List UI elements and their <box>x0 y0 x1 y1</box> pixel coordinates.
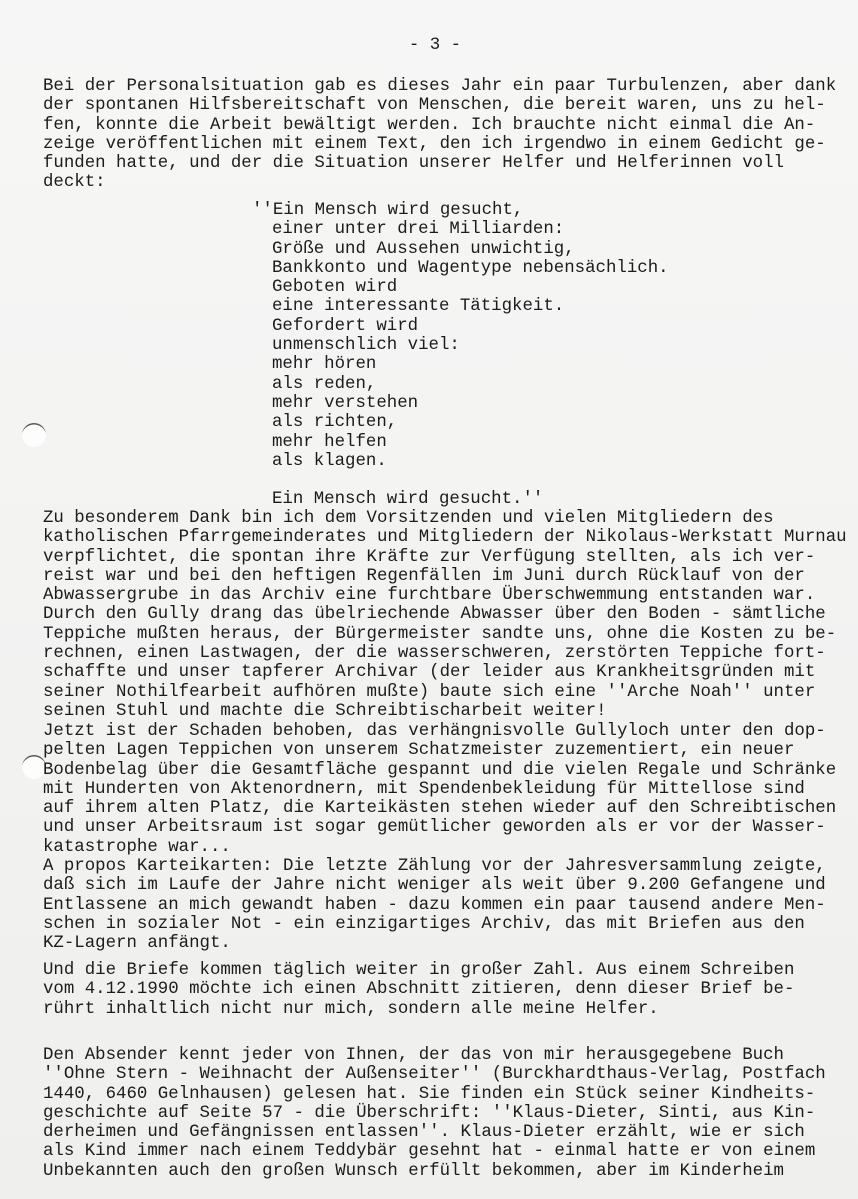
poem-quote: ''Ein Mensch wird gesucht,einer unter dr… <box>252 201 669 510</box>
text-line: mehr helfen <box>252 433 669 452</box>
text-line: KZ-Lagern anfängt. <box>43 934 826 953</box>
paragraph-sender: Den Absender kennt jeder von Ihnen, der … <box>43 1046 826 1181</box>
text-line: Ein Mensch wird gesucht.'' <box>252 490 669 509</box>
text-line: verpflichtet, die spontan ihre Kräfte zu… <box>43 548 847 567</box>
text-line: zeige veröffentlichen mit einem Text, de… <box>43 135 836 154</box>
text-line: Unbekannten auch den großen Wunsch erfül… <box>43 1162 826 1181</box>
text-line: Den Absender kennt jeder von Ihnen, der … <box>43 1046 826 1065</box>
document-page: - 3 - Bei der Personalsituation gab es d… <box>0 0 858 1199</box>
text-line: als Kind immer nach einem Teddybär geseh… <box>43 1142 826 1161</box>
text-line: Zu besonderem Dank bin ich dem Vorsitzen… <box>43 509 847 528</box>
paragraph-repairs: Jetzt ist der Schaden behoben, das verhä… <box>43 722 836 857</box>
text-line: funden hatte, und der die Situation unse… <box>43 154 836 173</box>
text-line: Gefordert wird <box>252 317 669 336</box>
text-line: einer unter drei Milliarden: <box>252 220 669 239</box>
text-line: ''Ohne Stern - Weihnacht der Außenseiter… <box>43 1065 826 1084</box>
text-line: 1440, 6460 Gelnhausen) gelesen hat. Sie … <box>43 1085 826 1104</box>
text-line: seinen Stuhl und machte die Schreibtisch… <box>43 702 847 721</box>
text-line <box>252 471 669 490</box>
text-line: katastrophe war... <box>43 838 836 857</box>
text-line: Jetzt ist der Schaden behoben, das verhä… <box>43 722 836 741</box>
text-line: derheimen und Gefängnissen entlassen''. … <box>43 1123 826 1142</box>
text-line: Und die Briefe kommen täglich weiter in … <box>43 961 794 980</box>
page-number: - 3 - <box>0 36 858 55</box>
text-line: mehr hören <box>252 355 669 374</box>
text-line: als richten, <box>252 413 669 432</box>
text-line: als klagen. <box>252 452 669 471</box>
paragraph-flood-thanks: Zu besonderem Dank bin ich dem Vorsitzen… <box>43 509 847 721</box>
text-line: A propos Karteikarten: Die letzte Zählun… <box>43 857 826 876</box>
text-line: Durch den Gully drang das übelriechende … <box>43 605 847 624</box>
text-line: schaffte und unser tapferer Archivar (de… <box>43 663 847 682</box>
text-line: seiner Nothilfearbeit aufhören mußte) ba… <box>43 683 847 702</box>
text-line: und unser Arbeitsraum ist sogar gemütlic… <box>43 818 836 837</box>
text-line: Abwassergrube in das Archiv eine furchtb… <box>43 586 847 605</box>
text-line: als reden, <box>252 375 669 394</box>
punch-hole-mark <box>22 423 46 447</box>
paragraph-card-count: A propos Karteikarten: Die letzte Zählun… <box>43 857 826 953</box>
text-line: fen, konnte die Arbeit bewältigt werden.… <box>43 116 836 135</box>
paragraph-letters: Und die Briefe kommen täglich weiter in … <box>43 961 794 1019</box>
paragraph-personnel: Bei der Personalsituation gab es dieses … <box>43 77 836 193</box>
text-line: eine interessante Tätigkeit. <box>252 297 669 316</box>
text-line: rechnen, einen Lastwagen, der die wasser… <box>43 644 847 663</box>
text-line: der spontanen Hilfsbereitschaft von Mens… <box>43 96 836 115</box>
text-line: Geboten wird <box>252 278 669 297</box>
text-line: Größe und Aussehen unwichtig, <box>252 240 669 259</box>
text-line: geschichte auf Seite 57 - die Überschrif… <box>43 1104 826 1123</box>
text-line: Bodenbelag über die Gesamtfläche gespann… <box>43 761 836 780</box>
text-line: deckt: <box>43 173 836 192</box>
text-line: auf ihrem alten Platz, die Karteikästen … <box>43 799 836 818</box>
text-line: ''Ein Mensch wird gesucht, <box>252 201 669 220</box>
text-line: katholischen Pfarrgemeinderates und Mitg… <box>43 528 847 547</box>
text-line: Teppiche mußten heraus, der Bürgermeiste… <box>43 625 847 644</box>
text-line: Bei der Personalsituation gab es dieses … <box>43 77 836 96</box>
text-line: reist war und bei den heftigen Regenfäll… <box>43 567 847 586</box>
text-line: mit Hunderten von Aktenordnern, mit Spen… <box>43 780 836 799</box>
text-line: unmenschlich viel: <box>252 336 669 355</box>
text-line: daß sich im Laufe der Jahre nicht wenige… <box>43 876 826 895</box>
text-line: schen in sozialer Not - ein einzigartige… <box>43 915 826 934</box>
text-line: Entlassene an mich gewandt haben - dazu … <box>43 896 826 915</box>
text-line: pelten Lagen Teppichen von unserem Schat… <box>43 741 836 760</box>
text-line: rührt inhaltlich nicht nur mich, sondern… <box>43 1000 794 1019</box>
text-line: vom 4.12.1990 möchte ich einen Abschnitt… <box>43 980 794 999</box>
text-line: mehr verstehen <box>252 394 669 413</box>
text-line: Bankkonto und Wagentype nebensächlich. <box>252 259 669 278</box>
